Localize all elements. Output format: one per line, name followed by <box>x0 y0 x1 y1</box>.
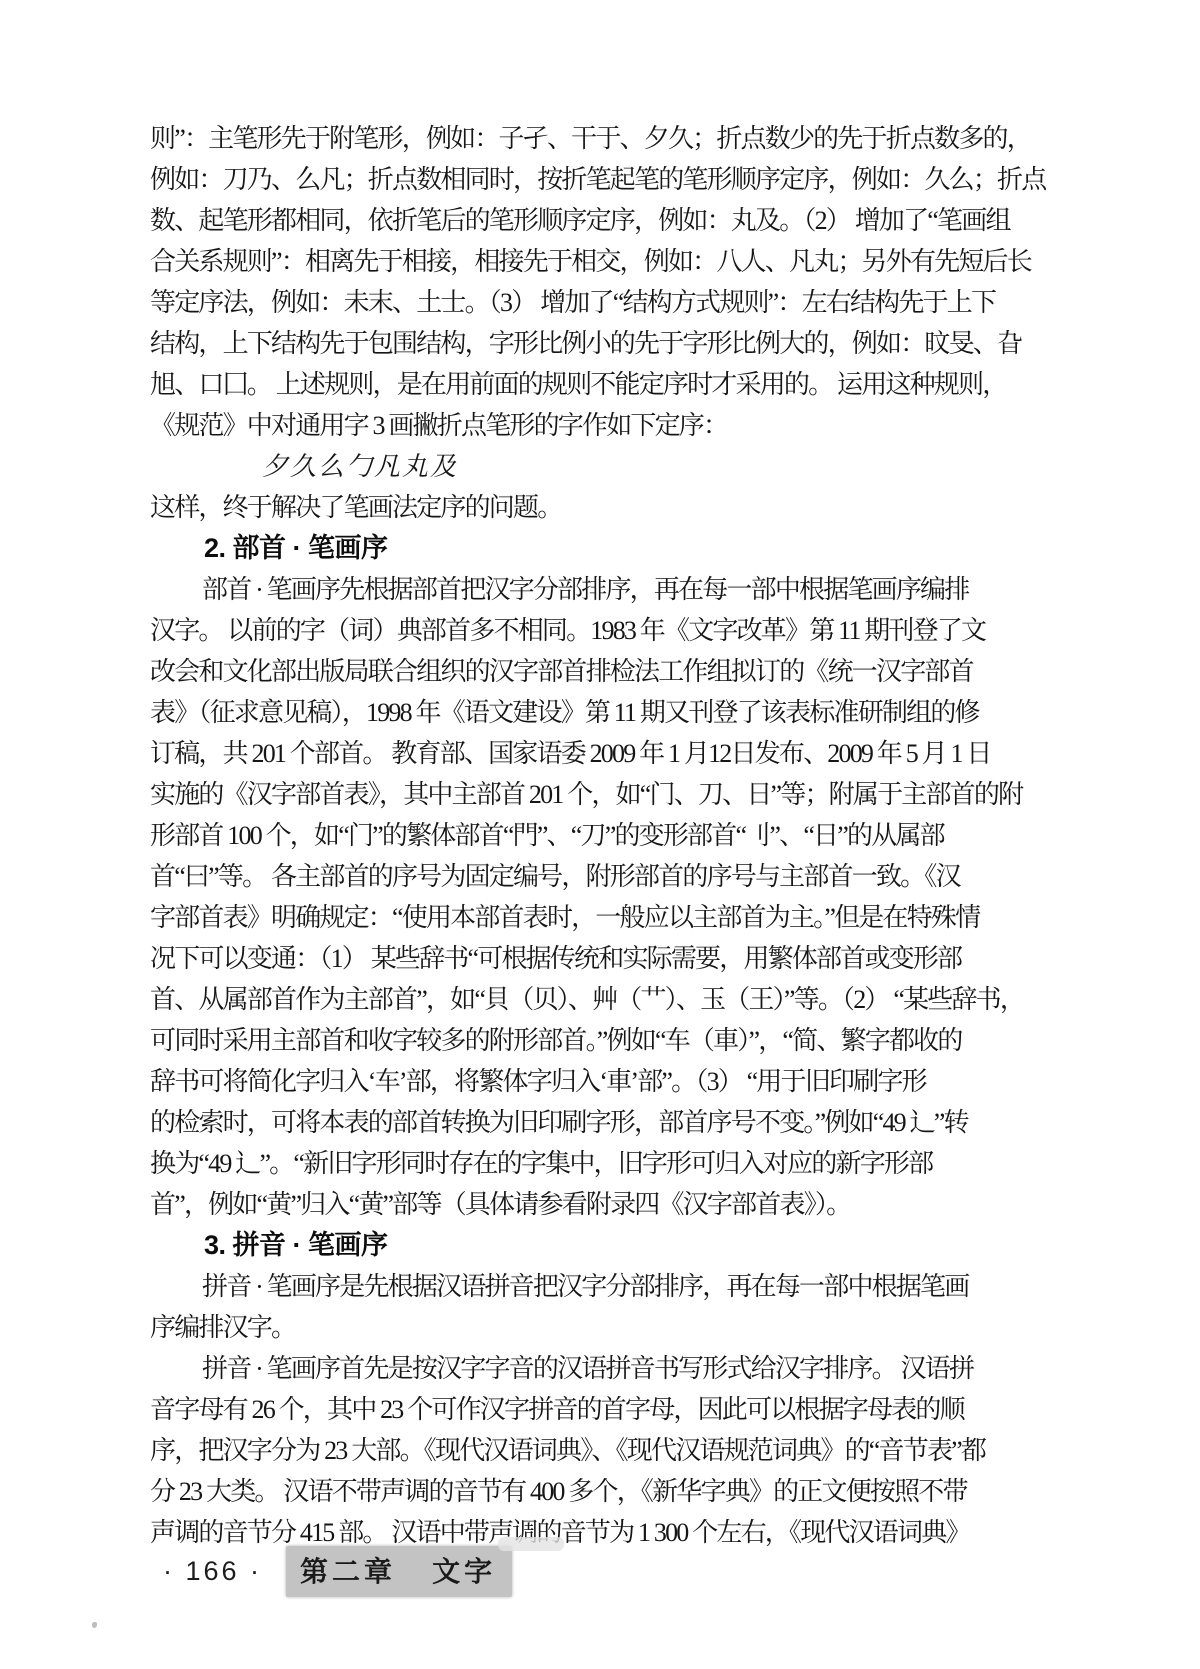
text-line: 拼音 · 笔画序是先根据汉语拼音把汉字分部排序，再在每一部中根据笔画 <box>150 1266 1056 1307</box>
text-line: 的检索时，可将本表的部首转换为旧印刷字形，部首序号不变。”例如“49 辶”转 <box>150 1102 1056 1143</box>
scan-smudge <box>498 1537 564 1551</box>
text-line: 字部首表》明确规定：“使用本部首表时，一般应以主部首为主。”但是在特殊情 <box>150 897 1056 938</box>
text-line: 分 23 大类。 汉语不带声调的音节有 400 多个，《新华字典》的正文便按照不… <box>150 1471 1056 1512</box>
book-page: 则”：主笔形先于附笔形，例如：子孑、干于、夕久；折点数少的先于折点数多的，例如：… <box>0 0 1200 1669</box>
text-line: 首”，例如“黄”归入“黄”部等（具体请参看附录四《汉字部首表》）。 <box>150 1184 1056 1225</box>
text-line: 改会和文化部出版局联合组织的汉字部首排检法工作组拟订的《统一汉字部首 <box>150 651 1056 692</box>
text-line: 音字母有 26 个，其中 23 个可作汉字拼音的首字母，因此可以根据字母表的顺 <box>150 1389 1056 1430</box>
text-line: 则”：主笔形先于附笔形，例如：子孑、干于、夕久；折点数少的先于折点数多的， <box>150 118 1056 159</box>
text-line: 旭、口囗。 上述规则，是在用前面的规则不能定序时才采用的。 运用这种规则， <box>150 364 1056 405</box>
text-line: 首“曰”等。 各主部首的序号为固定编号，附形部首的序号与主部首一致。《汉 <box>150 856 1056 897</box>
section-label: 文字 <box>432 1550 496 1590</box>
text-line: 等定序法，例如：未末、土士。（3） 增加了“结构方式规则”：左右结构先于上下 <box>150 282 1056 323</box>
text-line: 结构，上下结构先于包围结构，字形比例小的先于字形比例大的，例如：旼旻、旮 <box>150 323 1056 364</box>
text-line: 实施的《汉字部首表》，其中主部首 201 个，如“门、刀、日”等；附属于主部首的… <box>150 774 1056 815</box>
text-line: 表》（征求意见稿），1998 年《语文建设》第 11 期又刊登了该表标准研制组的… <box>150 692 1056 733</box>
body-text: 则”：主笔形先于附笔形，例如：子孑、干于、夕久；折点数少的先于折点数多的，例如：… <box>150 118 1056 1553</box>
text-line: 例如：刀乃、么凡；折点数相同时，按折笔起笔的笔形顺序定序，例如：久么；折点 <box>150 159 1056 200</box>
text-line: 合关系规则”：相离先于相接，相接先于相交，例如：八人、凡丸；另外有先短后长 <box>150 241 1056 282</box>
text-line: 可同时采用主部首和收字较多的附形部首。”例如“车（車）”，“简、繁字都收的 <box>150 1020 1056 1061</box>
text-line: 汉字。 以前的字（词）典部首多不相同。1983 年《文字改革》第 11 期刊登了… <box>150 610 1056 651</box>
text-line: 订稿，共 201 个部首。 教育部、国家语委 2009 年 1 月12日发布、2… <box>150 733 1056 774</box>
text-line: 换为“49 辶”。“新旧字形同时存在的字集中，旧字形可归入对应的新字形部 <box>150 1143 1056 1184</box>
text-line: 首、从属部首作为主部首”，如“貝（贝）、艸（艹）、玉（王）”等。（2） “某些辞… <box>150 979 1056 1020</box>
text-line: 部首 · 笔画序先根据部首把汉字分部排序，再在每一部中根据笔画序编排 <box>150 569 1056 610</box>
text-line: 夕久么勹凡丸及 <box>150 446 1056 487</box>
page-footer: · 166 · 第二章 文字 <box>163 1546 512 1597</box>
chapter-banner: 第二章 文字 <box>286 1546 512 1597</box>
text-line: 形部首 100 个，如“门”的繁体部首“門”、“刀”的变形部首“刂”、“日”的从… <box>150 815 1056 856</box>
text-line: 《规范》中对通用字 3 画撇折点笔形的字作如下定序： <box>150 405 1056 446</box>
text-line: 拼音 · 笔画序首先是按汉字字音的汉语拼音书写形式给汉字排序。 汉语拼 <box>150 1348 1056 1389</box>
page-number: · 166 · <box>163 1556 262 1587</box>
text-line: 数、起笔形都相同，依折笔后的笔形顺序定序，例如：丸及。（2） 增加了“笔画组 <box>150 200 1056 241</box>
section-heading: 3. 拼音 · 笔画序 <box>150 1225 1056 1266</box>
scan-speck <box>92 1622 97 1628</box>
text-line: 辞书可将简化字归入‘车’部，将繁体字归入‘車’部”。（3） “用于旧印刷字形 <box>150 1061 1056 1102</box>
chapter-label: 第二章 <box>300 1550 396 1590</box>
text-line: 况下可以变通：（1） 某些辞书“可根据传统和实际需要，用繁体部首或变形部 <box>150 938 1056 979</box>
text-line: 序编排汉字。 <box>150 1307 1056 1348</box>
text-line: 这样，终于解决了笔画法定序的问题。 <box>150 487 1056 528</box>
section-heading: 2. 部首 · 笔画序 <box>150 528 1056 569</box>
text-line: 序，把汉字分为 23 大部。《现代汉语词典》、《现代汉语规范词典》的“音节表”都 <box>150 1430 1056 1471</box>
